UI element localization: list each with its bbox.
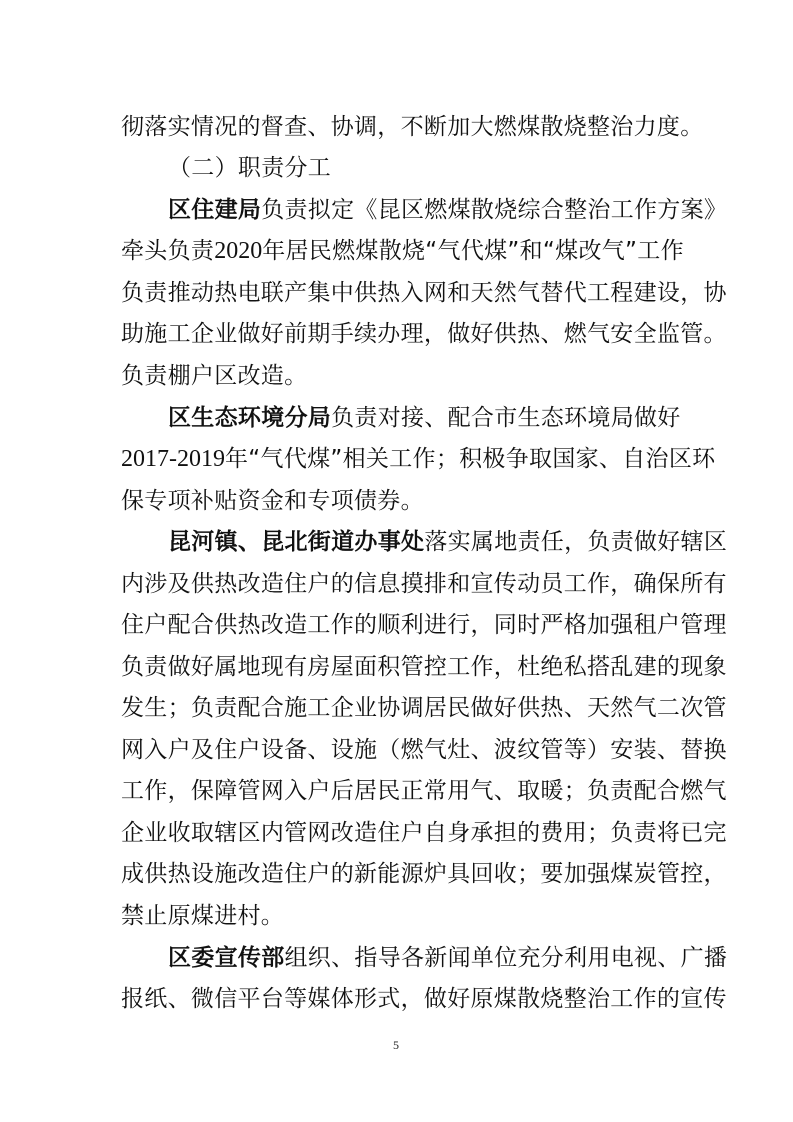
body-line-continuation: 彻落实情况的督查、协调，不断加大燃煤散烧整治力度。: [121, 111, 693, 143]
body-line: 负责推动热电联产集中供热入网和天然气替代工程建设，协: [121, 277, 693, 309]
line-text: 牵头负责: [121, 238, 214, 264]
paragraph-town-office: 昆河镇、昆北街道办事处落实属地责任，负责做好辖区: [168, 526, 693, 558]
body-line: 牵头负责2020年居民燃煤散烧“气代煤”和“煤改气”工作: [121, 235, 693, 267]
body-line: 保专项补贴资金和专项债券。: [121, 485, 693, 517]
body-line: 成供热设施改造住户的新能源炉具回收；要加强煤炭管控，: [121, 858, 693, 890]
body-line: 发生；负责配合施工企业协调居民做好供热、天然气二次管: [121, 692, 693, 724]
line-text: 负责做好属地现有房屋面积管控工作，杜绝私搭乱建的现象: [121, 654, 727, 680]
line-text: 工作，保障管网入户后居民正常用气、取暖；负责配合燃气: [121, 778, 727, 804]
line-text: 负责棚户区改造。: [121, 363, 307, 389]
year-range: 2017-2019: [121, 446, 225, 472]
line-text: 负责推动热电联产集中供热入网和天然气替代工程建设，协: [121, 280, 727, 306]
line-text: 助施工企业做好前期手续办理，做好供热、燃气安全监管。: [121, 321, 727, 347]
line-text: 报纸、微信平台等媒体形式，做好原煤散烧整治工作的宣传: [121, 986, 727, 1012]
line-text: 年“气代煤”相关工作；积极争取国家、自治区环: [225, 446, 715, 472]
body-line: 工作，保障管网入户后居民正常用气、取暖；负责配合燃气: [121, 775, 693, 807]
body-line: 助施工企业做好前期手续办理，做好供热、燃气安全监管。: [121, 318, 693, 350]
line-text: 年居民燃煤散烧“气代煤”和“煤改气”工作: [262, 238, 684, 264]
body-line: 企业收取辖区内管网改造住户自身承担的费用；负责将已完: [121, 817, 693, 849]
line-text: 彻落实情况的督查、协调，不断加大燃煤散烧整治力度。: [121, 114, 704, 140]
page-number: 5: [386, 1038, 406, 1053]
line-text: 组织、指导各新闻单位充分利用电视、广播: [285, 945, 728, 971]
body-line: 住户配合供热改造工作的顺利进行，同时严格加强租户管理: [121, 609, 693, 641]
body-line: 报纸、微信平台等媒体形式，做好原煤散烧整治工作的宣传: [121, 983, 693, 1015]
line-text: 企业收取辖区内管网改造住户自身承担的费用；负责将已完: [121, 820, 727, 846]
body-line: 禁止原煤进村。: [121, 900, 693, 932]
line-text: 禁止原煤进村。: [121, 903, 284, 929]
line-text: 落实属地责任，负责做好辖区: [424, 529, 727, 555]
line-text: 发生；负责配合施工企业协调居民做好供热、天然气二次管: [121, 695, 727, 721]
line-text: 负责对接、配合市生态环境局做好: [331, 405, 681, 431]
body-line: 负责棚户区改造。: [121, 360, 693, 392]
line-text: 保专项补贴资金和专项债券。: [121, 488, 424, 514]
body-line: 网入户及住户设备、设施（燃气灶、波纹管等）安装、替换: [121, 734, 693, 766]
paragraph-propaganda-dept: 区委宣传部组织、指导各新闻单位充分利用电视、广播: [168, 942, 693, 974]
line-text: 成供热设施改造住户的新能源炉具回收；要加强煤炭管控，: [121, 861, 727, 887]
body-line: 2017-2019年“气代煤”相关工作；积极争取国家、自治区环: [121, 443, 693, 475]
line-text: 网入户及住户设备、设施（燃气灶、波纹管等）安装、替换: [121, 737, 727, 763]
department-name: 昆河镇、昆北街道办事处: [168, 529, 424, 555]
department-name: 区住建局: [168, 197, 261, 223]
line-text: 负责拟定《昆区燃煤散烧综合整治工作方案》: [261, 197, 727, 223]
paragraph-housing-bureau: 区住建局负责拟定《昆区燃煤散烧综合整治工作方案》: [168, 194, 693, 226]
section-heading-text: （二）职责分工: [168, 155, 331, 181]
line-text: 住户配合供热改造工作的顺利进行，同时严格加强租户管理: [121, 612, 727, 638]
year-number: 2020: [214, 238, 262, 264]
section-heading: （二）职责分工: [168, 152, 740, 184]
line-text: 内涉及供热改造住户的信息摸排和宣传动员工作，确保所有: [121, 571, 727, 597]
document-page: 彻落实情况的督查、协调，不断加大燃煤散烧整治力度。 （二）职责分工 区住建局负责…: [0, 0, 793, 1122]
paragraph-ecology-bureau: 区生态环境分局负责对接、配合市生态环境局做好: [168, 402, 693, 434]
body-line: 内涉及供热改造住户的信息摸排和宣传动员工作，确保所有: [121, 568, 693, 600]
department-name: 区生态环境分局: [168, 405, 331, 431]
body-line: 负责做好属地现有房屋面积管控工作，杜绝私搭乱建的现象: [121, 651, 693, 683]
department-name: 区委宣传部: [168, 945, 285, 971]
